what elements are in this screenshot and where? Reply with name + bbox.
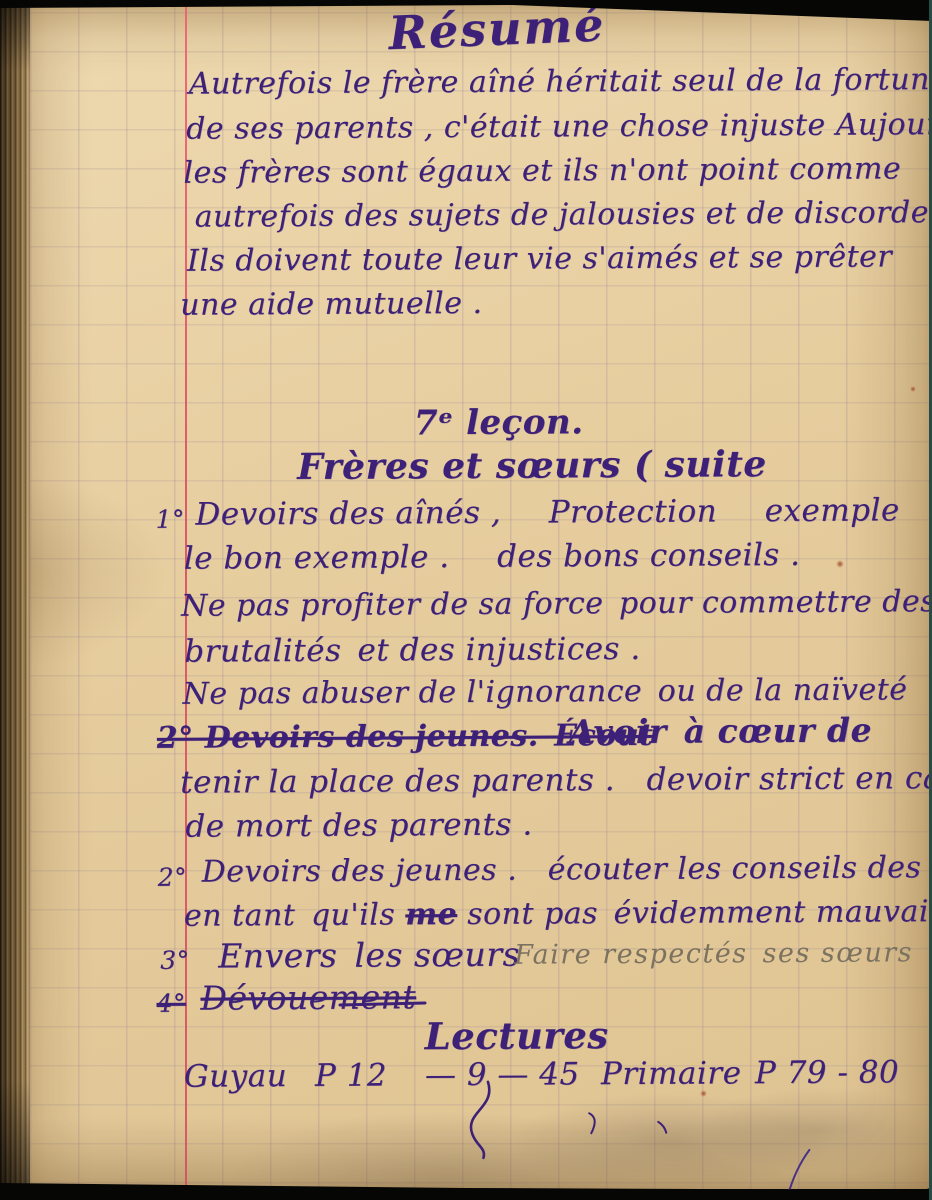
force-line-2: brutalités et des injustices . — [184, 634, 640, 668]
item3-pencil-note: Faire respectés ses sœurs — [514, 939, 913, 968]
lectures-ref-author: Guyau — [184, 1061, 287, 1093]
item2-cont-pre: en tant qu'ils — [184, 897, 406, 933]
intro-line-5: Ils doivent toute leur vie s'aimés et se… — [187, 242, 892, 276]
avoir-line-2: tenir la place des parents . devoir stri… — [180, 763, 932, 799]
intro-line-1: Autrefois le frère aîné héritait seul de… — [189, 65, 932, 100]
item2-continuation: en tant qu'ils me sont pas évidemment ma… — [184, 897, 932, 932]
intro-line-4: autrefois des sujets de jalousies et de … — [195, 198, 932, 233]
item4-text: Dévouement — [200, 980, 416, 1014]
lectures-ref-mid: — 9 — 45 — [425, 1059, 580, 1091]
item3-text: Envers les sœurs — [218, 938, 520, 973]
item1-text: Devoirs des aînés , Protection exemple — [195, 495, 900, 530]
naivete-line: Ne pas abuser de l'ignorance ou de la na… — [183, 675, 908, 709]
item1-marker: 1° — [155, 507, 185, 532]
lectures-heading: Lectures — [425, 1017, 609, 1055]
notebook-photo: Résumé Autrefois le frère aîné héritait … — [0, 0, 932, 1200]
intro-line-6: une aide mutuelle . — [180, 289, 483, 321]
page-title: Résumé — [388, 1, 606, 56]
lesson-title: Frères et sœurs ( suite — [297, 446, 767, 485]
force-line-1: Ne pas profiter de sa force pour commett… — [181, 587, 932, 622]
item2-cont-struck-word: me — [405, 897, 457, 932]
item3-marker: 3° — [160, 948, 190, 973]
avoir-line-1: Avoir à cœur de — [569, 714, 872, 749]
item2-marker: 2° — [158, 865, 188, 890]
lectures-ref-book2: Primaire — [601, 1058, 742, 1090]
avoir-line-3: de mort des parents . — [185, 810, 532, 843]
lectures-ref-page1: P 12 — [315, 1060, 387, 1091]
book-binding-edge — [0, 0, 30, 1200]
item4-marker: 4° — [156, 991, 186, 1016]
ink-speck — [585, 1109, 605, 1135]
notebook-page: Résumé Autrefois le frère aîné héritait … — [0, 2, 932, 1189]
item2-cont-post: sont pas évidemment mauvais — [457, 894, 932, 932]
intro-line-3: les frères sont égaux et ils n'ont point… — [183, 154, 901, 188]
ink-flourish — [458, 1080, 498, 1160]
lectures-ref-page2: P 79 - 80 — [755, 1057, 899, 1089]
item1-line2: le bon exemple . des bons conseils . — [184, 540, 801, 575]
lesson-number-heading: 7ᵉ leçon. — [414, 405, 584, 440]
item2-text: Devoirs des jeunes . écouter les conseil… — [202, 853, 932, 888]
intro-line-2: de ses parents , c'était une chose injus… — [186, 110, 932, 145]
handwriting-layer: Résumé Autrefois le frère aîné héritait … — [0, 0, 932, 1192]
ink-speck — [655, 1119, 669, 1135]
